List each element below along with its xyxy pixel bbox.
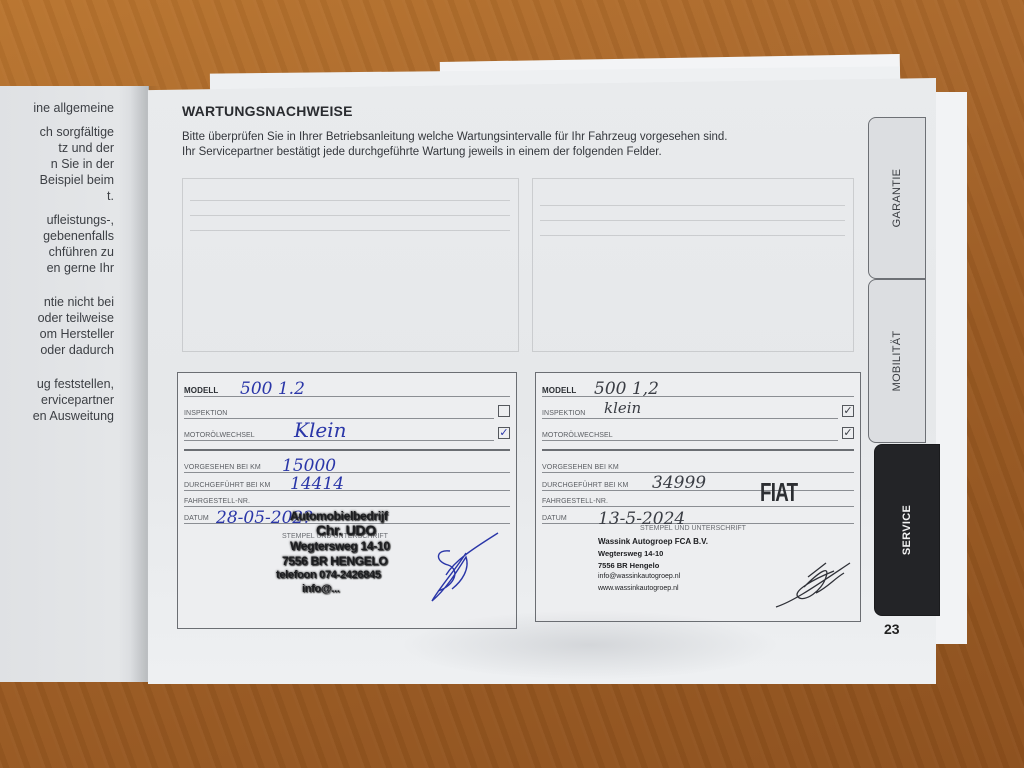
model-value: 500 1,2 bbox=[594, 379, 659, 399]
stamp-line: Wegtersweg 14-10 bbox=[598, 549, 663, 558]
left-page-line: ug feststellen, bbox=[37, 376, 114, 392]
show-through-line bbox=[190, 215, 510, 216]
done-km-label: DURCHGEFÜHRT BEI KM bbox=[184, 482, 270, 489]
left-page-line: Beispiel beim bbox=[40, 172, 114, 188]
left-page-line: gebenenfalls bbox=[43, 228, 114, 244]
inspection-note: klein bbox=[604, 399, 641, 417]
date-label: DATUM bbox=[542, 515, 567, 522]
stamp-line: Wegtersweg 14-10 bbox=[290, 539, 390, 553]
model-field: MODELL 500 1,2 bbox=[542, 379, 854, 397]
field-line bbox=[542, 440, 838, 441]
signature-icon bbox=[426, 529, 500, 605]
planned-km-label: VORGESEHEN BEI KM bbox=[184, 464, 261, 471]
left-page-line: om Hersteller bbox=[40, 326, 114, 342]
left-page-line: oder dadurch bbox=[40, 342, 114, 358]
page-title: WARTUNGSNACHWEISE bbox=[182, 103, 353, 119]
left-page-line: ntie nicht bei bbox=[44, 294, 114, 310]
left-page-line: chführen zu bbox=[49, 244, 114, 260]
model-field: MODELL 500 1.2 bbox=[184, 379, 510, 397]
model-label: MODELL bbox=[184, 386, 218, 395]
show-through-line bbox=[190, 230, 510, 231]
intro-text-line-1: Bitte überprüfen Sie in Ihrer Betriebsan… bbox=[182, 131, 727, 143]
tab-label: MOBILITÄT bbox=[891, 331, 903, 392]
field-line bbox=[542, 418, 838, 419]
stamp-line: info@wassinkautogroep.nl bbox=[598, 573, 680, 580]
left-page-line: oder teilweise bbox=[38, 310, 114, 326]
stamp-line: Chr. UDO bbox=[316, 522, 376, 538]
show-through-line bbox=[540, 205, 845, 206]
planned-km-label: VORGESEHEN BEI KM bbox=[542, 464, 619, 471]
date-field: DATUM 13-5-2024 bbox=[542, 506, 854, 524]
oil-change-checkbox[interactable]: ✓ bbox=[842, 427, 854, 439]
model-value: 500 1.2 bbox=[240, 379, 305, 399]
planned-km-field: VORGESEHEN BEI KM 15000 bbox=[184, 455, 510, 473]
field-line bbox=[542, 523, 854, 524]
left-page-line: tz und der bbox=[58, 140, 114, 156]
model-label: MODELL bbox=[542, 386, 576, 395]
stamp-line: www.wassinkautogroep.nl bbox=[598, 585, 679, 592]
left-page-line: ufleistungs-, bbox=[47, 212, 114, 228]
tab-label: SERVICE bbox=[901, 505, 913, 555]
planned-km-field: VORGESEHEN BEI KM bbox=[542, 455, 854, 473]
show-through-line bbox=[540, 235, 845, 236]
signature-icon bbox=[774, 557, 854, 613]
left-page-line: ervicepartner bbox=[41, 392, 114, 408]
left-page-line: en gerne Ihr bbox=[47, 260, 114, 276]
chassis-field: FAHRGESTELL-NR. bbox=[542, 489, 854, 507]
tab-mobilitaet[interactable]: MOBILITÄT bbox=[868, 279, 926, 443]
inspection-checkbox[interactable]: ✓ bbox=[842, 405, 854, 417]
stamp-line: Wassink Autogroep FCA B.V. bbox=[598, 537, 708, 546]
page-number: 23 bbox=[884, 621, 900, 637]
chassis-label: FAHRGESTELL-NR. bbox=[184, 498, 250, 505]
show-through-line bbox=[190, 200, 510, 201]
stamp-caption: STEMPEL UND UNTERSCHRIFT bbox=[640, 525, 746, 532]
section-divider bbox=[184, 449, 510, 451]
left-page-line: n Sie in der bbox=[51, 156, 114, 172]
inspection-label: INSPEKTION bbox=[542, 410, 585, 417]
date-label: DATUM bbox=[184, 515, 209, 522]
fiat-logo: FIAT bbox=[760, 477, 797, 508]
tab-garantie[interactable]: GARANTIE bbox=[868, 117, 926, 279]
oil-change-label: MOTORÖLWECHSEL bbox=[542, 432, 613, 439]
tab-service[interactable]: SERVICE bbox=[874, 444, 940, 616]
service-entry-card-2: MODELL 500 1,2 INSPEKTION klein ✓ MOTORÖ… bbox=[535, 372, 861, 622]
intro-text-line-2: Ihr Servicepartner bestätigt jede durchg… bbox=[182, 146, 662, 158]
show-through-box bbox=[182, 178, 519, 352]
stamp-line: info@... bbox=[302, 583, 340, 595]
inspection-field: INSPEKTION bbox=[184, 401, 510, 419]
inspection-label: INSPEKTION bbox=[184, 410, 227, 417]
stamp-line: Automobielbedrijf bbox=[290, 509, 388, 523]
inspection-field: INSPEKTION klein ✓ bbox=[542, 401, 854, 419]
left-page: ine allgemeinech sorgfältigetz und dern … bbox=[0, 86, 149, 682]
left-page-line: ch sorgfältige bbox=[40, 124, 114, 140]
stamp-line: telefoon 074-2426845 bbox=[276, 569, 381, 581]
stamp-line: 7556 BR Hengelo bbox=[598, 561, 659, 570]
done-km-label: DURCHGEFÜHRT BEI KM bbox=[542, 482, 628, 489]
left-page-line: ine allgemeine bbox=[33, 100, 114, 116]
tab-label: GARANTIE bbox=[891, 169, 903, 228]
oil-change-note: Klein bbox=[294, 418, 346, 442]
oil-change-field: MOTORÖLWECHSEL Klein ✓ bbox=[184, 423, 510, 441]
show-through-line bbox=[540, 220, 845, 221]
hand-shadow bbox=[400, 610, 780, 680]
left-page-line: en Ausweitung bbox=[33, 408, 114, 424]
oil-change-field: MOTORÖLWECHSEL ✓ bbox=[542, 423, 854, 441]
field-line bbox=[184, 396, 510, 397]
oil-change-checkbox[interactable]: ✓ bbox=[498, 427, 510, 439]
service-entry-card-1: MODELL 500 1.2 INSPEKTION MOTORÖLWECHSEL… bbox=[177, 372, 517, 629]
field-line bbox=[542, 396, 854, 397]
inspection-checkbox[interactable] bbox=[498, 405, 510, 417]
left-page-line: t. bbox=[107, 188, 114, 204]
stamp-line: 7556 BR HENGELO bbox=[282, 554, 388, 568]
section-divider bbox=[542, 449, 854, 451]
oil-change-label: MOTORÖLWECHSEL bbox=[184, 432, 255, 439]
chassis-field: FAHRGESTELL-NR. bbox=[184, 489, 510, 507]
chassis-label: FAHRGESTELL-NR. bbox=[542, 498, 608, 505]
